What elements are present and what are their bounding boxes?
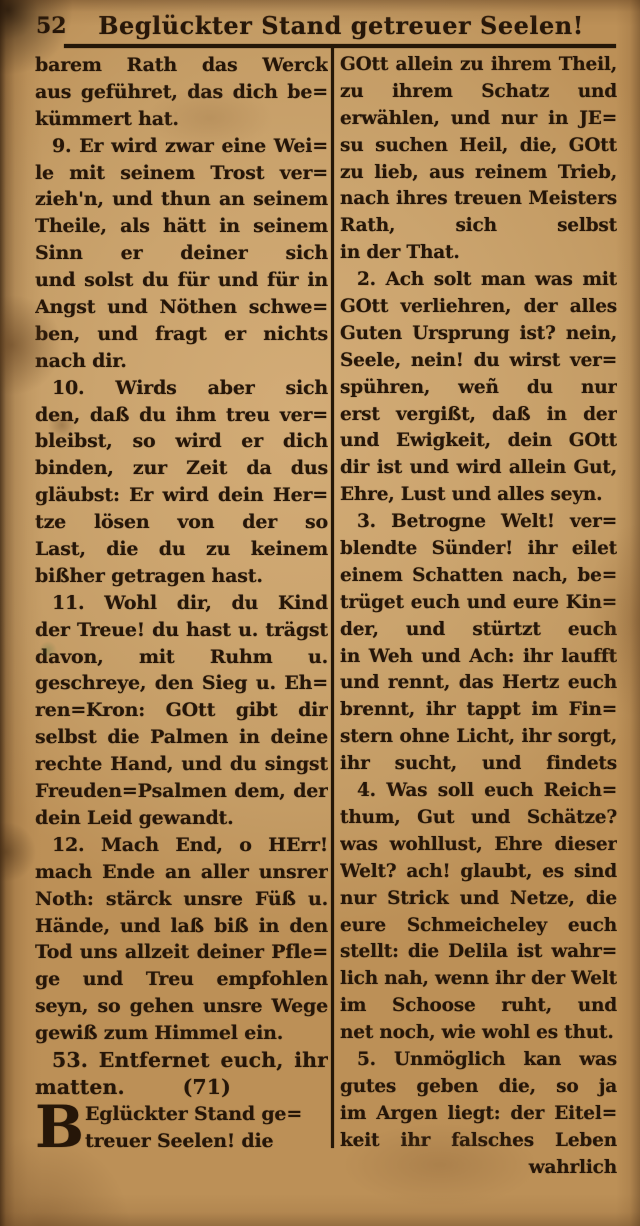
text-line: gewiß zum Himmel ein. xyxy=(35,1020,328,1047)
text-line: su suchen Heil, die, GOtt xyxy=(340,133,617,160)
text-line: erst vergißt, daß in der Zeit xyxy=(340,402,617,429)
text-line: erwählen, und nur in JE= xyxy=(340,106,617,133)
text-line: 3. Betrogne Welt! ver= xyxy=(340,509,617,536)
text-line: nach ihres treuen Meisters xyxy=(340,186,617,213)
text-line: spühren, weñ du nur deiner xyxy=(340,375,617,402)
text-line: und rennt, das Hertz euch xyxy=(340,670,617,697)
text-line: im Argen liegt: der Eitel= xyxy=(340,1101,617,1128)
text-line: Tod uns allzeit deiner Pfle= xyxy=(35,939,328,966)
text-line: blendte Sünder! ihr eilet xyxy=(340,536,617,563)
text-line: 5. Unmöglich kan was xyxy=(340,1047,617,1074)
text-line: nach dir. xyxy=(35,348,328,375)
text-line: ren=Kron: GOtt gibt dir xyxy=(35,697,328,724)
drop-cap-initial: B xyxy=(35,1101,85,1155)
text-line: 11. Wohl dir, du Kind xyxy=(35,590,328,617)
text-line: davon, mit Ruhm u. Danck= xyxy=(35,644,328,671)
text-line: Welt? ach! glaubt, es sind xyxy=(340,859,617,886)
text-line: den, daß du ihm treu ver= xyxy=(35,402,328,429)
text-line: gutes geben die, so ja selbst xyxy=(340,1074,617,1101)
text-line: wahrlich xyxy=(340,1155,617,1182)
text-line: 53. Entfernet euch, ihr xyxy=(35,1047,328,1074)
text-line: kümmert hat. xyxy=(35,106,328,133)
text-line: rechte Hand, und du singst xyxy=(35,751,328,778)
text-line: dir ist und wird allein Gut, xyxy=(340,455,617,482)
text-line: le mit seinem Trost ver= xyxy=(35,160,328,187)
running-title: Beglückter Stand getreuer Seelen! xyxy=(70,11,612,40)
text-line: Eglückter Stand ge= xyxy=(85,1101,328,1128)
text-line: 2. Ach solt man was mit xyxy=(340,267,617,294)
text-line: bleibst, so wird er dich ent= xyxy=(35,428,328,455)
text-line: zu ihrem Schatz und Zweck xyxy=(340,79,617,106)
text-line: und solst du für und für in xyxy=(35,267,328,294)
text-line: lich nah, wenn ihr der Welt xyxy=(340,966,617,993)
text-line: Last, die du zu keinem Bösen xyxy=(35,536,328,563)
text-line: ihr sucht, und findets nicht. xyxy=(340,751,617,778)
text-line: Guten Ursprung ist? nein, xyxy=(340,321,617,348)
text-line: zieh'n, und thun an seinem xyxy=(35,186,328,213)
page-number: 52 xyxy=(36,13,67,39)
text-line: 9. Er wird zwar eine Wei= xyxy=(35,133,328,160)
text-line: der, und stürtzt euch selbst xyxy=(340,617,617,644)
right-column-lines: GOtt allein zu ihrem Theil,zu ihrem Scha… xyxy=(340,52,617,1181)
text-line: Sinn er deiner sich begeben, xyxy=(35,240,328,267)
text-line: Noth: stärck unsre Füß u. xyxy=(35,886,328,913)
text-line: Angst und Nöthen schwe= xyxy=(35,294,328,321)
text-line: mach Ende an aller unsrer xyxy=(35,859,328,886)
text-line: stellt: die Delila ist wahr= xyxy=(340,939,617,966)
text-line: einem Schatten nach, be= xyxy=(340,563,617,590)
text-line: 10. Wirds aber sich befin= xyxy=(35,375,328,402)
header-rule xyxy=(64,44,616,48)
text-line: nur Strick und Netze, die xyxy=(340,886,617,913)
text-line: tze lösen von der so schweren xyxy=(35,509,328,536)
text-line: Theile, als hätt in seinem xyxy=(35,213,328,240)
text-line: trüget euch und eure Kin= xyxy=(340,590,617,617)
text-line: treuer Seelen! die xyxy=(85,1128,328,1155)
text-line: ben, und fragt er nichts xyxy=(35,321,328,348)
text-line: was wohllust, Ehre dieser xyxy=(340,832,617,859)
text-line: der Treue! du hast u. trägst xyxy=(35,617,328,644)
text-line: und Ewigkeit, dein GOtt xyxy=(340,428,617,455)
text-line: bißher getragen hast. xyxy=(35,563,328,590)
text-line: zu lieb, aus reinem Trieb, xyxy=(340,160,617,187)
text-line: binden, zur Zeit da dus nicht xyxy=(35,455,328,482)
text-line: Seele, nein! du wirst ver= xyxy=(340,348,617,375)
text-line: ge und Treu empfohlen xyxy=(35,966,328,993)
text-line: 4. Was soll euch Reich= xyxy=(340,778,617,805)
text-line: brennt, ihr tappt im Fin= xyxy=(340,697,617,724)
hymn-opening: B Eglückter Stand ge= treuer Seelen! die xyxy=(35,1101,328,1155)
text-line: net noch, wie wohl es thut. xyxy=(340,1020,617,1047)
text-line: thum, Gut und Schätze? xyxy=(340,805,617,832)
text-line: GOtt allein zu ihrem Theil, xyxy=(340,52,617,79)
column-divider-rule xyxy=(331,47,334,1148)
left-column-lines: barem Rath das Werck hin=aus geführet, d… xyxy=(35,52,328,1101)
text-line: Freuden=Psalmen dem, der xyxy=(35,778,328,805)
text-line: dein Leid gewandt. xyxy=(35,805,328,832)
text-line: selbst die Palmen in deine xyxy=(35,724,328,751)
right-column: GOtt allein zu ihrem Theil,zu ihrem Scha… xyxy=(340,52,617,1181)
text-line: keit ihr falsches Leben macht xyxy=(340,1128,617,1155)
text-line: in Weh und Ach: ihr laufft xyxy=(340,644,617,671)
text-line: geschreye, den Sieg u. Eh= xyxy=(35,670,328,697)
text-line: eure Schmeicheley euch xyxy=(340,913,617,940)
text-line: barem Rath das Werck hin= xyxy=(35,52,328,79)
text-line: Ehre, Lust und alles seyn. xyxy=(340,482,617,509)
text-line: Rath, sich selbst verleugnen xyxy=(340,213,617,240)
text-line: GOtt verliehren, der alles xyxy=(340,294,617,321)
text-line: gläubst: Er wird dein Her= xyxy=(35,482,328,509)
text-line: im Schoose ruht, und mey= xyxy=(340,993,617,1020)
text-line: aus geführet, das dich be= xyxy=(35,79,328,106)
scanned-book-page: 52 Beglückter Stand getreuer Seelen! bar… xyxy=(0,0,640,1226)
left-column: barem Rath das Werck hin=aus geführet, d… xyxy=(35,52,328,1155)
text-line: Hände, und laß biß in den xyxy=(35,913,328,940)
text-line: in der That. xyxy=(340,240,617,267)
text-line: seyn, so gehen unsre Wege xyxy=(35,993,328,1020)
text-line: stern ohne Licht, ihr sorgt, xyxy=(340,724,617,751)
text-line: 12. Mach End, o HErr! xyxy=(35,832,328,859)
